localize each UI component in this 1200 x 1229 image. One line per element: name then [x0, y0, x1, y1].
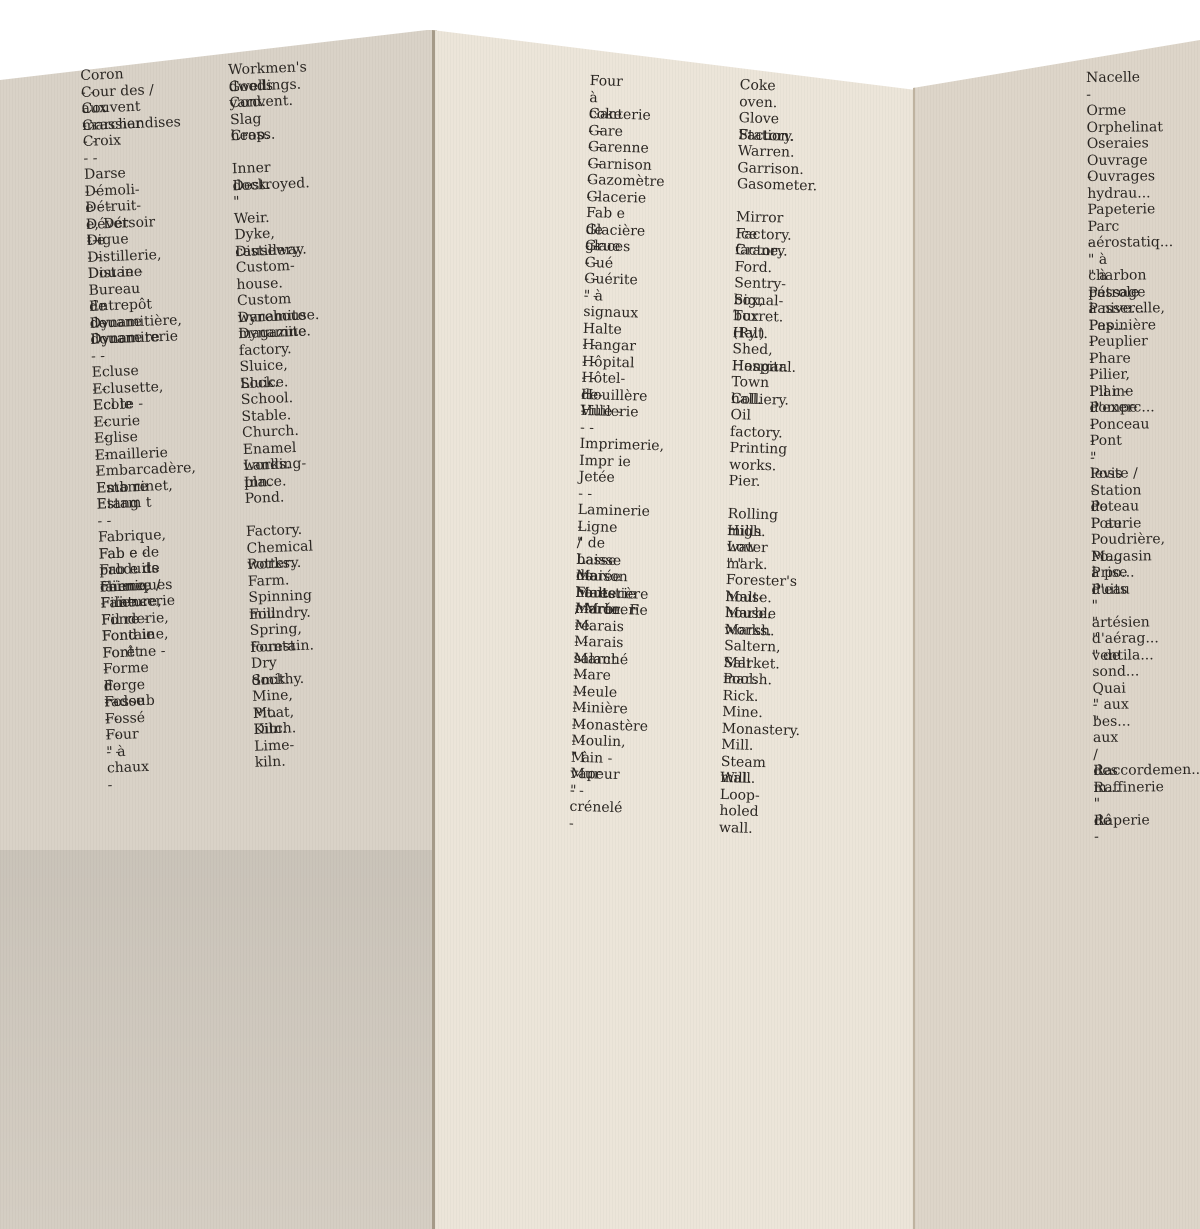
- glossary-entry: Fontaine, Font ne -Spring, fountain.: [102, 629, 103, 645]
- english-translation: Marsh.: [724, 621, 774, 639]
- glossary-entry: DouaneCustom-house.: [88, 266, 89, 282]
- french-term: Raccordemen...: [1093, 762, 1200, 780]
- english-translation: Stable.: [241, 407, 291, 425]
- glossary-entry: Cour des / aux marchandisesGoods yard.: [81, 84, 82, 100]
- english-translation: Cross.: [230, 127, 275, 145]
- english-translation: Sluice.: [240, 374, 289, 392]
- glossary-entry: Croix - -Cross.: [83, 134, 84, 150]
- fold-shadow: [0, 850, 437, 1229]
- glossary-entry: Fab e de produits chimiques -Chemical wo…: [98, 546, 99, 562]
- glossary-entry: Ecluse - -Sluice, Lock.: [91, 365, 92, 381]
- glossary-entry: Détruit-e, Dét t-e": [85, 200, 86, 216]
- french-term: Papeterie: [1087, 201, 1155, 218]
- glossary-entry: Darse - -Inner dock.: [84, 167, 85, 183]
- english-translation: Mill.: [721, 737, 754, 754]
- english-translation: Dynamite factory.: [238, 324, 307, 360]
- french-term: Poterie: [1091, 515, 1142, 532]
- french-term: Etang - -: [96, 495, 139, 530]
- glossary-entry: Dynamitière, Dynam reDynamite magazine.: [90, 315, 91, 331]
- french-term: Raffinerie: [1093, 779, 1164, 796]
- glossary-entry: Filature, Fil re -Spinning mill.: [100, 596, 101, 612]
- page-panel-left: [0, 0, 437, 1229]
- glossary-entry: Ecole - -School.: [93, 398, 94, 414]
- glossary-entry: Dynamiterie - -Dynamite factory.: [90, 332, 91, 348]
- french-term: Huilerie - -: [580, 403, 639, 438]
- french-term: Dynamiterie - -: [90, 328, 179, 364]
- glossary-entry: Bureau de douane: [88, 282, 89, 298]
- english-translation: Weir.: [234, 209, 270, 227]
- english-translation: Custom-house.: [235, 258, 295, 293]
- english-translation: Forest: [250, 638, 296, 656]
- french-term: Croix - -: [83, 132, 122, 166]
- english-translation: ": [233, 194, 240, 211]
- glossary-entry: Crassier - -Slag heap.: [82, 117, 83, 133]
- glossary-entry: Coron - -Workmen's dwellings.: [80, 68, 81, 84]
- glossary-entry: Fossé - -Moat, Ditch.: [105, 711, 106, 727]
- glossary-entry: Digue - -Dyke, causeway.: [86, 233, 87, 249]
- english-translation: Wall.: [720, 770, 755, 787]
- french-term: Orme: [1086, 103, 1126, 120]
- glossary-entry: Distillerie, Dist ie -Distillery.: [87, 249, 88, 265]
- french-term: " à signaux: [583, 287, 639, 322]
- page-panel-middle: [432, 0, 919, 1229]
- english-translation: Pond.: [244, 489, 284, 507]
- glossary-entry: Embarcadère, Emb reLanding-place.: [95, 464, 96, 480]
- glossary-entry: Eglise - -Church.: [94, 431, 95, 447]
- english-translation: School.: [241, 390, 294, 408]
- english-translation: Garrison.: [737, 160, 804, 178]
- english-translation: Pier.: [728, 473, 760, 490]
- french-term: Puits: [1091, 581, 1127, 598]
- french-term: Orphelinat: [1087, 119, 1164, 136]
- english-translation: Gasometer.: [737, 176, 818, 195]
- glossary-entry: Forge - -Smithy.: [103, 678, 104, 694]
- french-term: " crénelé -: [569, 782, 623, 833]
- english-translation: Pool.: [723, 671, 758, 688]
- english-translation: Crane.: [735, 242, 783, 260]
- glossary-entry: Fonderie, Fond ieFoundry.: [101, 612, 102, 628]
- english-translation: Pottery.: [247, 555, 302, 574]
- english-translation: Ford.: [734, 259, 772, 277]
- glossary-entry: Four - -Kiln.: [105, 728, 106, 744]
- glossary-entry: Forme de radoub -Dry dock.: [103, 662, 104, 678]
- glossary-entry: Eclusette, Ecl te -Sluice.: [92, 381, 93, 397]
- english-translation: Station.: [738, 127, 794, 145]
- english-translation: Hospital.: [732, 358, 797, 376]
- english-translation: Loop-holed wall.: [719, 786, 760, 837]
- glossary-entry: Ferme, F me -Farm.: [100, 579, 101, 595]
- english-translation: Inn.: [244, 473, 273, 491]
- glossary-entry: Entrepôt de douaneCustom warehouse.: [89, 299, 90, 315]
- english-translation: Colliery.: [731, 391, 790, 409]
- french-term: aérostatiq...: [1088, 234, 1173, 251]
- french-term: Oseraies: [1087, 135, 1149, 152]
- glossary-entry: Démoli-e - -Destroyed.: [84, 183, 85, 199]
- glossary-entry: Fab e de faïence / FaïenceriePottery.: [99, 563, 100, 579]
- glossary-entry: " à chaux -Lime-kiln.: [106, 744, 107, 760]
- french-term: Glacerie: [586, 188, 646, 206]
- glossary-entry: Couvent - -Convent.: [81, 101, 82, 117]
- english-translation: Lime-kiln.: [254, 737, 295, 772]
- english-translation: Halt.: [733, 325, 769, 342]
- french-term: Râperie -: [1094, 812, 1150, 846]
- french-term: " à chaux -: [106, 742, 150, 793]
- english-translation: Market.: [723, 654, 780, 672]
- english-translation: Rick.: [722, 687, 758, 704]
- glossary-entry: Déversoir - -Weir.: [86, 216, 87, 232]
- english-translation: Convent.: [229, 93, 293, 112]
- english-translation: Oil factory.: [730, 407, 784, 441]
- english-translation: Printing works.: [729, 440, 788, 475]
- english-translation: Smithy.: [251, 670, 304, 689]
- glossary-entry: Emaillerie -Enamel works.: [95, 447, 96, 463]
- english-translation: Kiln.: [253, 721, 286, 739]
- english-translation: Mine.: [722, 704, 763, 722]
- english-translation: Destroyed.: [232, 175, 310, 194]
- glossary-entry: Fosse - -Mine, Pit.: [104, 695, 105, 711]
- english-translation: Warren.: [738, 143, 795, 161]
- glossary-entry: Forêt -Forest: [102, 645, 103, 661]
- french-term: Imprimerie, Impr ie: [579, 436, 664, 471]
- french-term: Jetée - -: [578, 469, 615, 503]
- glossary-entry: Ecurie - -Stable.: [93, 414, 94, 430]
- glossary-entry: Etang - -Pond.: [96, 497, 97, 513]
- english-translation: Farm.: [248, 572, 290, 590]
- glossary-entry: Fabrique, Fab e -Factory.: [98, 530, 99, 546]
- glossary-entry: Estaminet, Estam tInn.: [96, 480, 97, 496]
- french-term: " de sond...: [1092, 647, 1139, 680]
- french-term: Nacelle -: [1086, 69, 1140, 103]
- french-term: Ouvrages hydrau...: [1087, 168, 1155, 202]
- english-translation: Coke oven.: [739, 77, 778, 111]
- english-translation: Low " ": [726, 539, 757, 573]
